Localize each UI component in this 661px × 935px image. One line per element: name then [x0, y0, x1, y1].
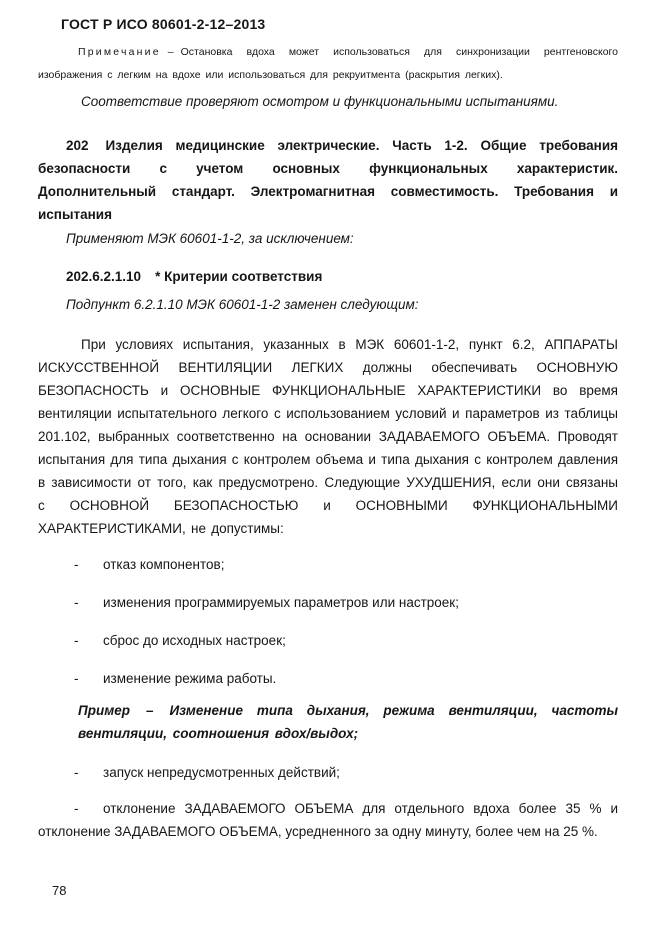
dash-marker: -: [74, 797, 103, 820]
list-item: -отказ компонентов;: [38, 553, 618, 576]
dash-marker: -: [74, 761, 103, 784]
dash-marker: -: [74, 553, 103, 576]
additional-list: -запуск непредусмотренных действий; -отк…: [38, 761, 618, 843]
example-paragraph: Пример–Изменение типа дыхания, режима ве…: [78, 699, 618, 745]
list-item-text: изменения программируемых параметров или…: [103, 595, 459, 610]
list-item: -отклонение ЗАДАВАЕМОГО ОБЪЕМА для отдел…: [38, 797, 618, 843]
section-number: 202: [66, 138, 89, 153]
dash-marker: -: [74, 591, 103, 614]
example-label: Пример: [78, 703, 130, 718]
compliance-statement: Соответствие проверяют осмотром и функци…: [38, 92, 618, 112]
dash-marker: -: [74, 629, 103, 652]
list-item-text: отклонение ЗАДАВАЕМОГО ОБЪЕМА для отдель…: [38, 801, 618, 839]
application-note: Применяют МЭК 60601-1-2, за исключением:: [38, 227, 618, 250]
list-item-text: отказ компонентов;: [103, 557, 224, 572]
list-item-text: запуск непредусмотренных действий;: [103, 765, 340, 780]
degradation-list: -отказ компонентов; -изменения программи…: [38, 553, 618, 690]
document-page: ГОСТ Р ИСО 80601-2-12–2013 Примечание–Ос…: [0, 0, 661, 935]
list-item: -запуск непредусмотренных действий;: [38, 761, 618, 784]
page-number: 78: [52, 883, 66, 898]
list-item-text: изменение режима работы.: [103, 671, 276, 686]
subsection-title: * Критерии соответствия: [155, 269, 322, 284]
subsection-heading: 202.6.2.1.10* Критерии соответствия: [38, 265, 618, 288]
example-dash: –: [146, 703, 154, 718]
note-paragraph: Примечание–Остановка вдоха может использ…: [38, 41, 618, 87]
list-item: -сброс до исходных настроек;: [38, 629, 618, 652]
list-item: -изменения программируемых параметров ил…: [38, 591, 618, 614]
standard-number-header: ГОСТ Р ИСО 80601-2-12–2013: [61, 17, 618, 32]
main-paragraph: При условиях испытания, указанных в МЭК …: [38, 333, 618, 540]
list-item: -изменение режима работы.: [38, 667, 618, 690]
note-dash: –: [168, 46, 174, 58]
dash-marker: -: [74, 667, 103, 690]
example-text: Изменение типа дыхания, режима вентиляци…: [78, 703, 618, 741]
note-label: Примечание: [78, 46, 161, 58]
section-202-heading: 202Изделия медицинские электрические. Ча…: [38, 134, 618, 226]
amendment-note: Подпункт 6.2.1.10 МЭК 60601-1-2 заменен …: [38, 293, 618, 316]
subsection-number: 202.6.2.1.10: [66, 269, 141, 284]
list-item-text: сброс до исходных настроек;: [103, 633, 286, 648]
section-title: Изделия медицинские электрические. Часть…: [38, 138, 618, 222]
